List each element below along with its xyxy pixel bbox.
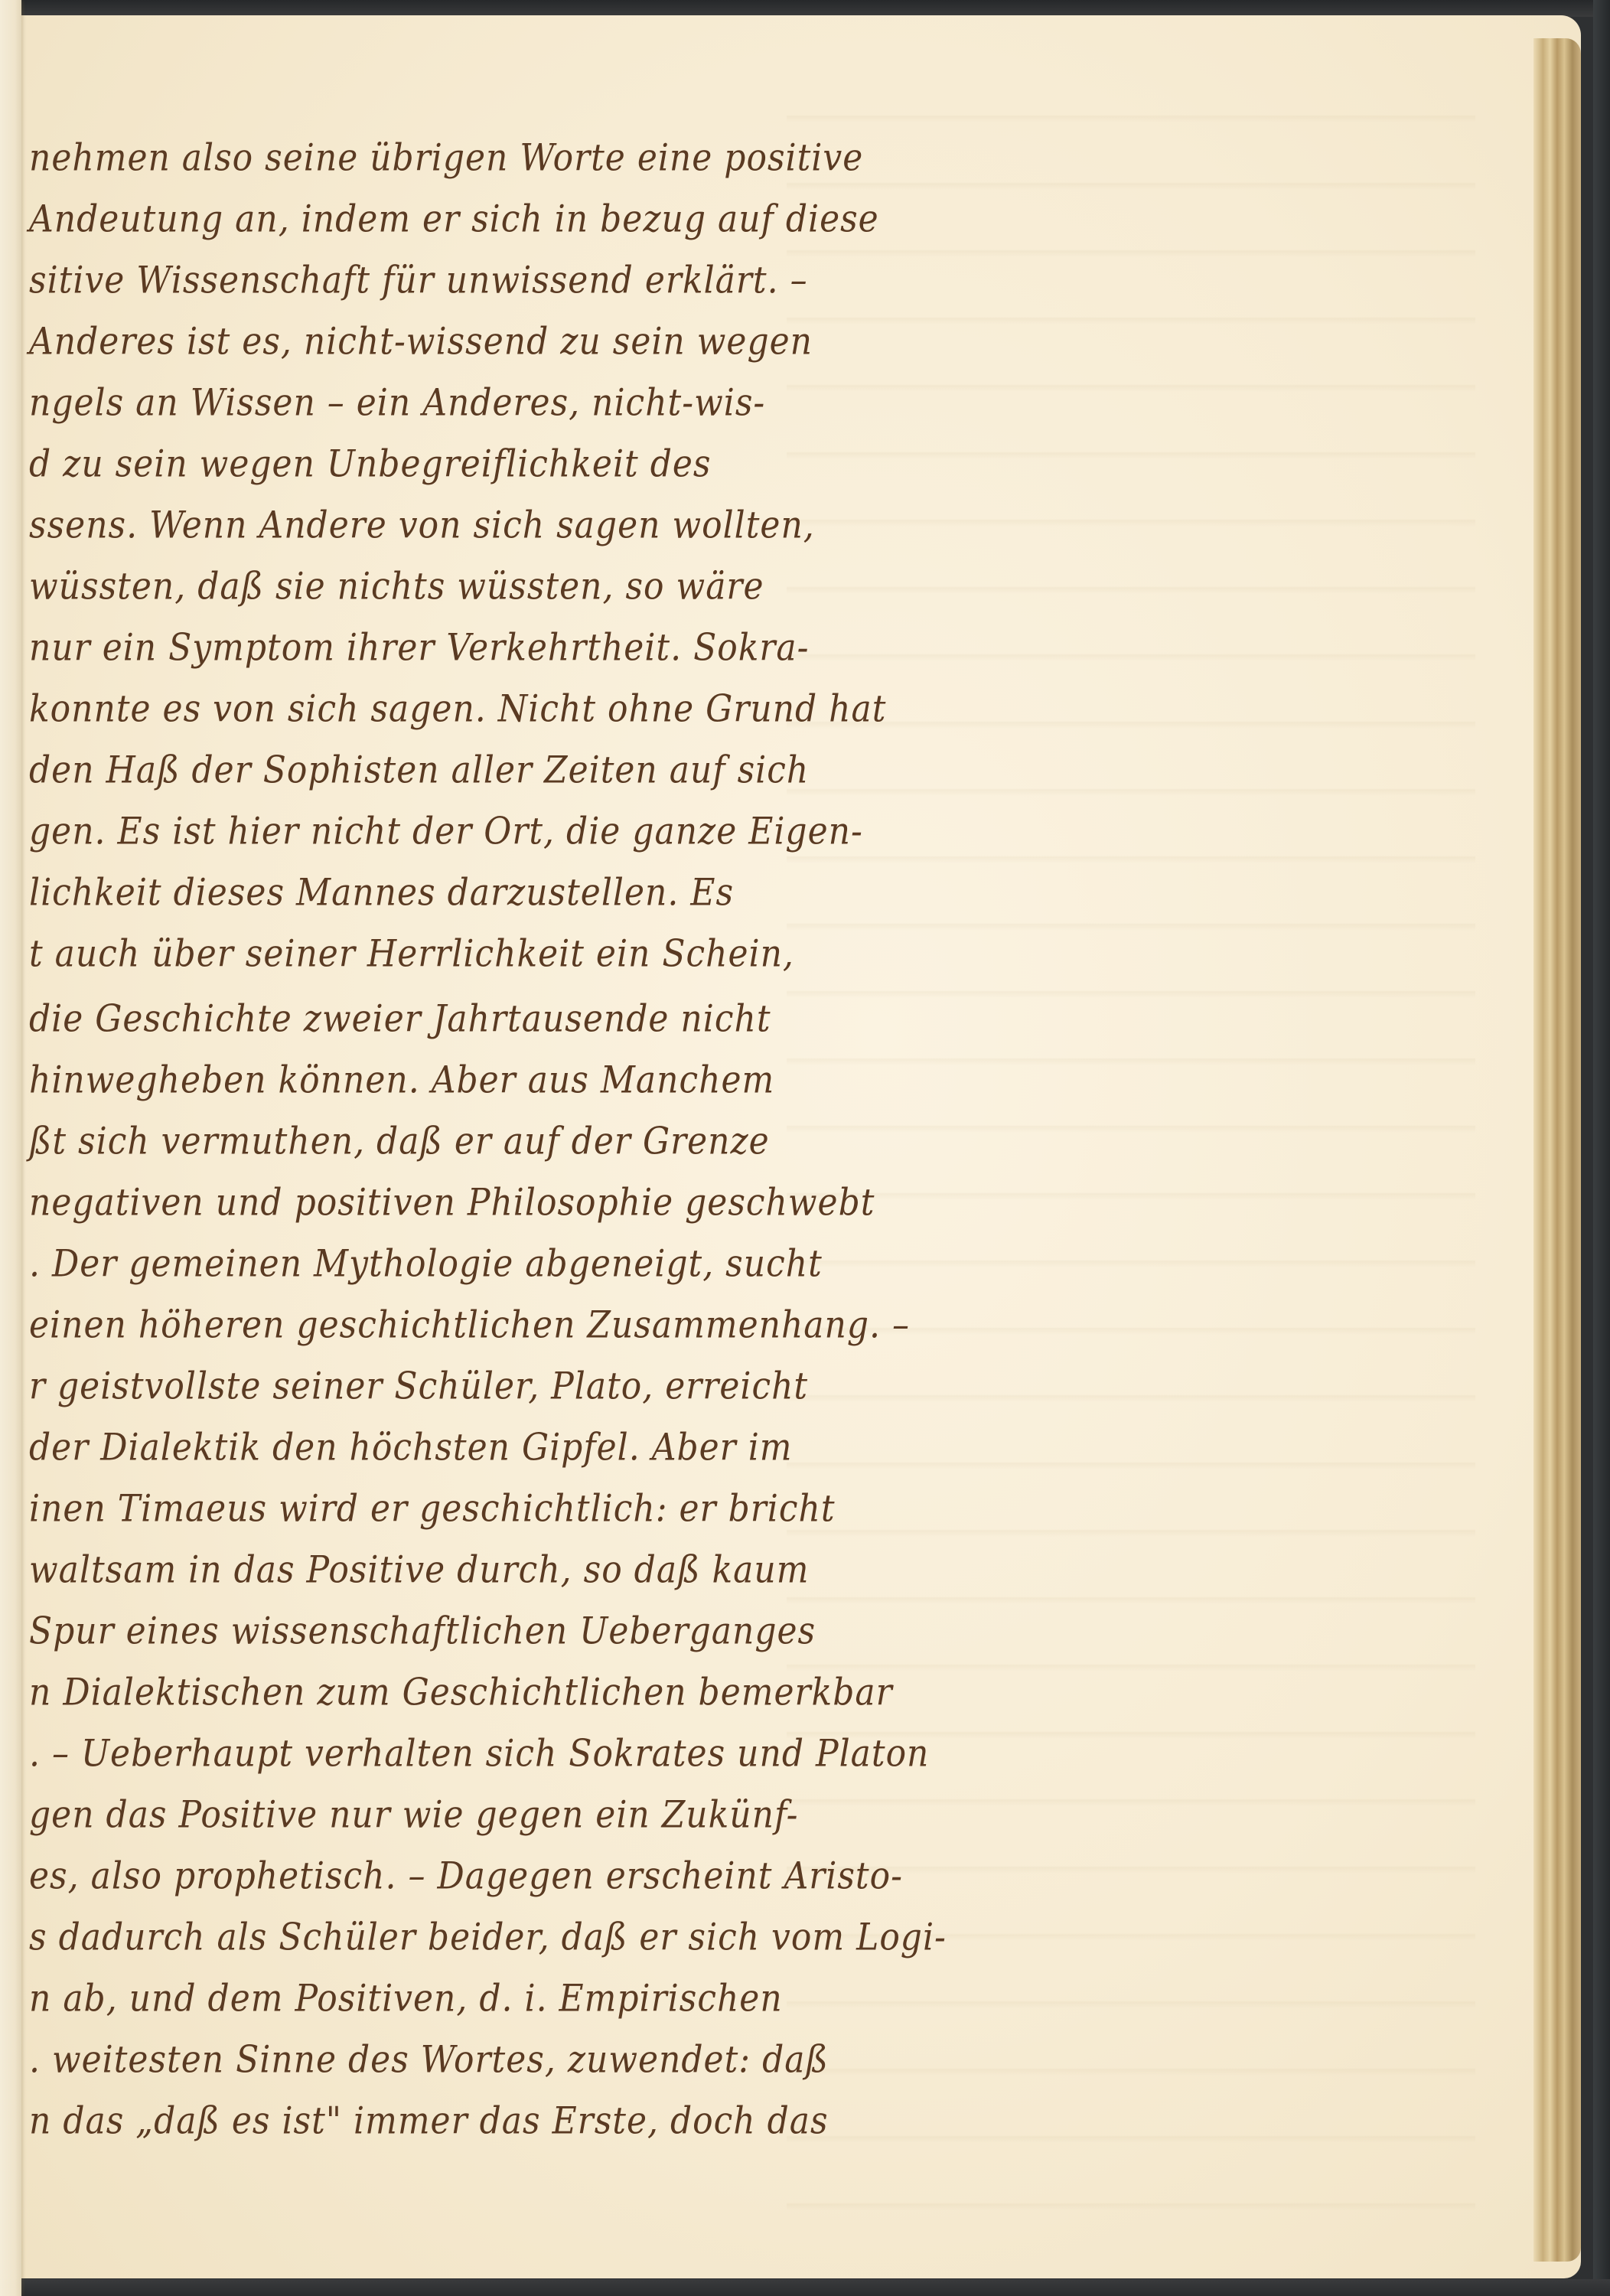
page-fore-edge	[1533, 38, 1581, 2262]
text-line: konnte es von sich sagen. Nicht ohne Gru…	[29, 684, 886, 735]
text-line: t auch über seiner Herrlichkeit ein Sche…	[29, 929, 794, 980]
book-board-bottom-edge	[0, 2279, 1610, 2296]
text-line: s dadurch als Schüler beider, daß er sic…	[29, 1913, 947, 1963]
book-board-right-edge	[1593, 0, 1610, 2296]
text-line: ngels an Wissen – ein Anderes, nicht-wis…	[29, 378, 765, 429]
text-line: nur ein Symptom ihrer Verkehrtheit. Sokr…	[29, 623, 810, 673]
text-line: . – Ueberhaupt verhalten sich Sokrates u…	[29, 1729, 929, 1779]
text-line: Spur eines wissenschaftlichen Uebergange…	[29, 1606, 816, 1657]
text-line: n Dialektischen zum Geschichtlichen beme…	[29, 1668, 893, 1718]
text-line: der Dialektik den höchsten Gipfel. Aber …	[29, 1423, 793, 1473]
text-line: gen das Positive nur wie gegen ein Zukün…	[29, 1790, 799, 1841]
book-board-top-edge	[0, 0, 1610, 17]
text-line: sitive Wissenschaft für unwissend erklär…	[29, 256, 808, 306]
text-line: Andeutung an, indem er sich in bezug auf…	[29, 194, 879, 245]
text-line: n das „daß es ist" immer das Erste, doch…	[29, 2096, 829, 2147]
text-line: d zu sein wegen Unbegreiflichkeit des	[29, 439, 711, 490]
text-line: ßt sich vermuthen, daß er auf der Grenze	[29, 1117, 770, 1167]
text-line: die Geschichte zweier Jahrtausende nicht	[29, 994, 771, 1045]
text-line: ssens. Wenn Andere von sich sagen wollte…	[29, 501, 815, 551]
text-line: waltsam in das Positive durch, so daß ka…	[29, 1545, 809, 1596]
text-line: r geistvollste seiner Schüler, Plato, er…	[29, 1362, 808, 1412]
text-line: inen Timaeus wird er geschichtlich: er b…	[29, 1484, 836, 1534]
text-line: . Der gemeinen Mythologie abgeneigt, suc…	[29, 1239, 823, 1290]
text-line: wüssten, daß sie nichts wüssten, so wäre	[29, 562, 764, 612]
text-line: . weitesten Sinne des Wortes, zuwendet: …	[29, 2035, 829, 2086]
text-line: negativen und positiven Philosophie gesc…	[29, 1178, 875, 1228]
text-line: nehmen also seine übrigen Worte eine pos…	[29, 133, 863, 184]
facing-page-edge	[0, 0, 21, 2296]
text-line: einen höheren geschichtlichen Zusammenha…	[29, 1300, 910, 1351]
text-line: es, also prophetisch. – Dagegen erschein…	[29, 1851, 903, 1902]
text-line: n ab, und dem Positiven, d. i. Empirisch…	[29, 1974, 783, 2024]
text-line: gen. Es ist hier nicht der Ort, die ganz…	[29, 807, 863, 857]
text-line: lichkeit dieses Mannes darzustellen. Es	[29, 868, 734, 918]
text-line: Anderes ist es, nicht-wissend zu sein we…	[29, 317, 813, 367]
text-line: den Haß der Sophisten aller Zeiten auf s…	[29, 745, 809, 796]
manuscript-page: nehmen also seine übrigen Worte eine pos…	[21, 15, 1581, 2278]
text-line: hinwegheben können. Aber aus Manchem	[29, 1055, 774, 1106]
